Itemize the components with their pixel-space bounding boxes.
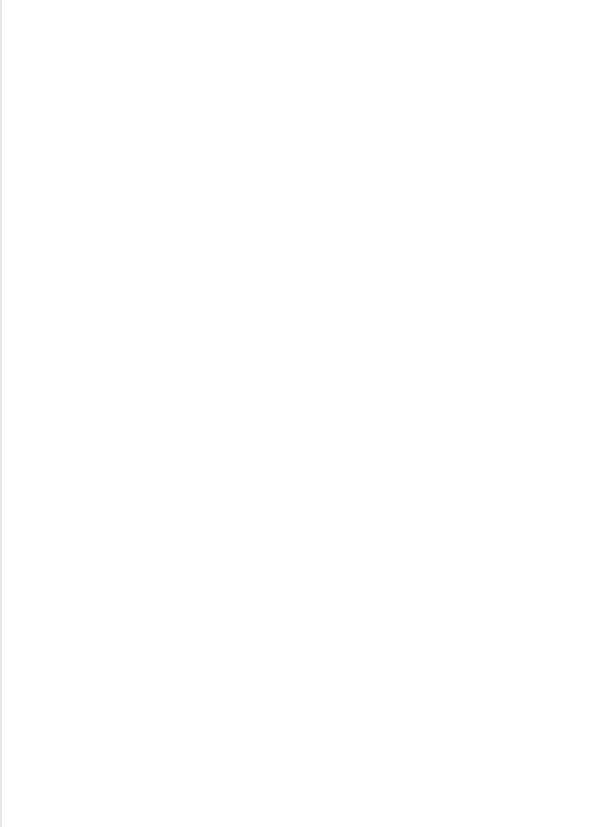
page-edge xyxy=(0,0,2,827)
document-page xyxy=(0,0,592,827)
